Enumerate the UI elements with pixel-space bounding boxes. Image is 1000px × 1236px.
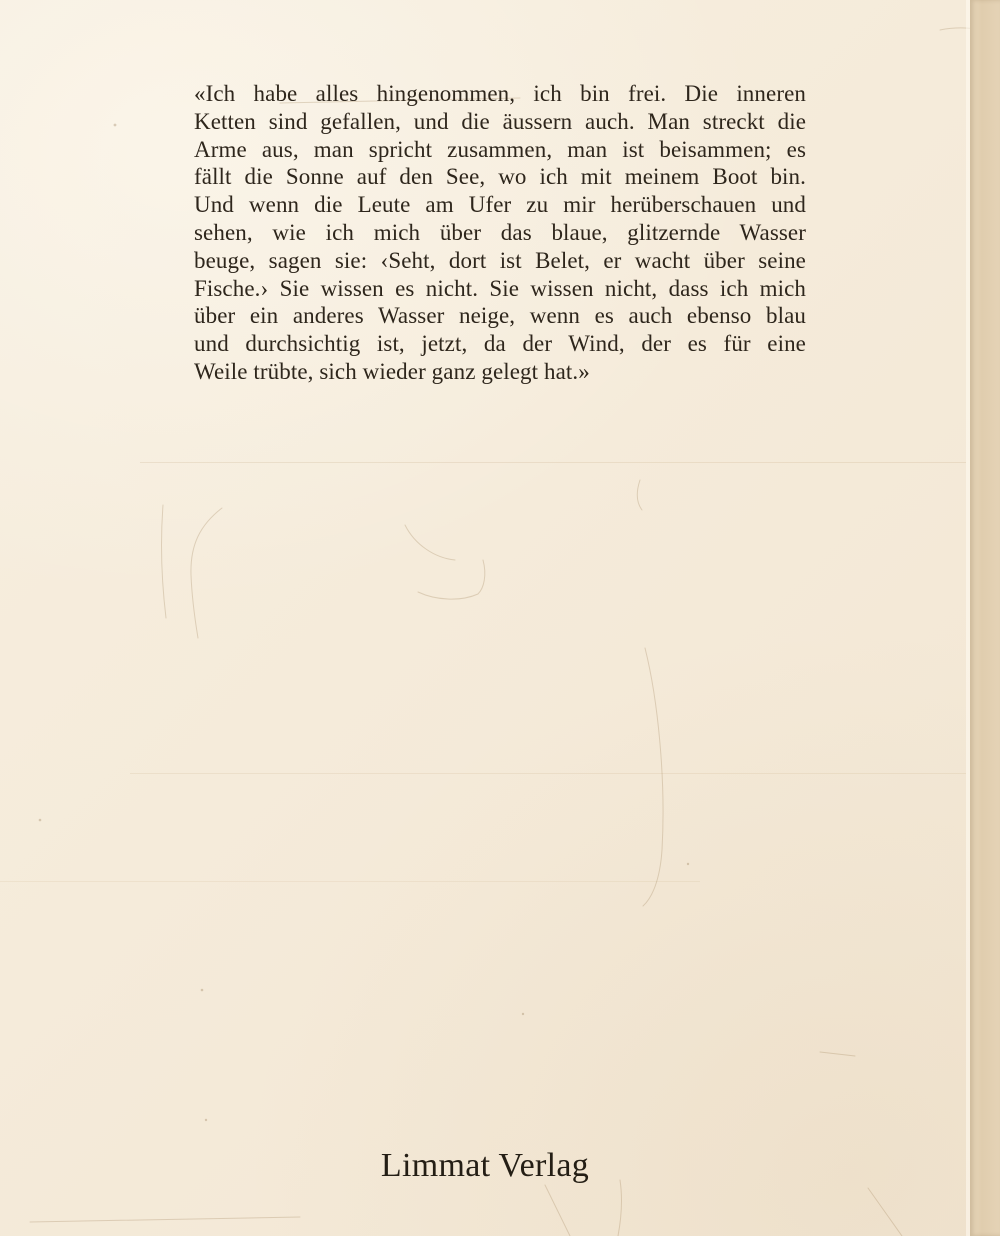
quote-line: Und wenn die Leute am Ufer zu mir herübe…	[194, 191, 806, 219]
quote-line: über ein anderes Wasser neige, wenn es a…	[194, 302, 806, 330]
quote-line: und durchsichtig ist, jetzt, da der Wind…	[194, 330, 806, 358]
book-back-cover: «Ich habe alles hingenommen, ich bin fre…	[0, 0, 1000, 1236]
cover-right-edge	[970, 0, 1000, 1236]
quote-line: fällt die Sonne auf den See, wo ich mit …	[194, 163, 806, 191]
back-cover-quote: «Ich habe alles hingenommen, ich bin fre…	[194, 80, 806, 386]
quote-line-last: Weile trübte, sich wieder ganz gelegt ha…	[194, 358, 806, 386]
quote-line: «Ich habe alles hingenommen, ich bin fre…	[194, 80, 806, 108]
quote-line: Ketten sind gefallen, und die äussern au…	[194, 108, 806, 136]
quote-line: beuge, sagen sie: ‹Seht, dort ist Belet,…	[194, 247, 806, 275]
quote-line: Fische.› Sie wissen es nicht. Sie wissen…	[194, 275, 806, 303]
publisher-imprint: Limmat Verlag	[0, 1146, 970, 1186]
quote-line: Arme aus, man spricht zusammen, man ist …	[194, 136, 806, 164]
quote-line: sehen, wie ich mich über das blaue, glit…	[194, 219, 806, 247]
